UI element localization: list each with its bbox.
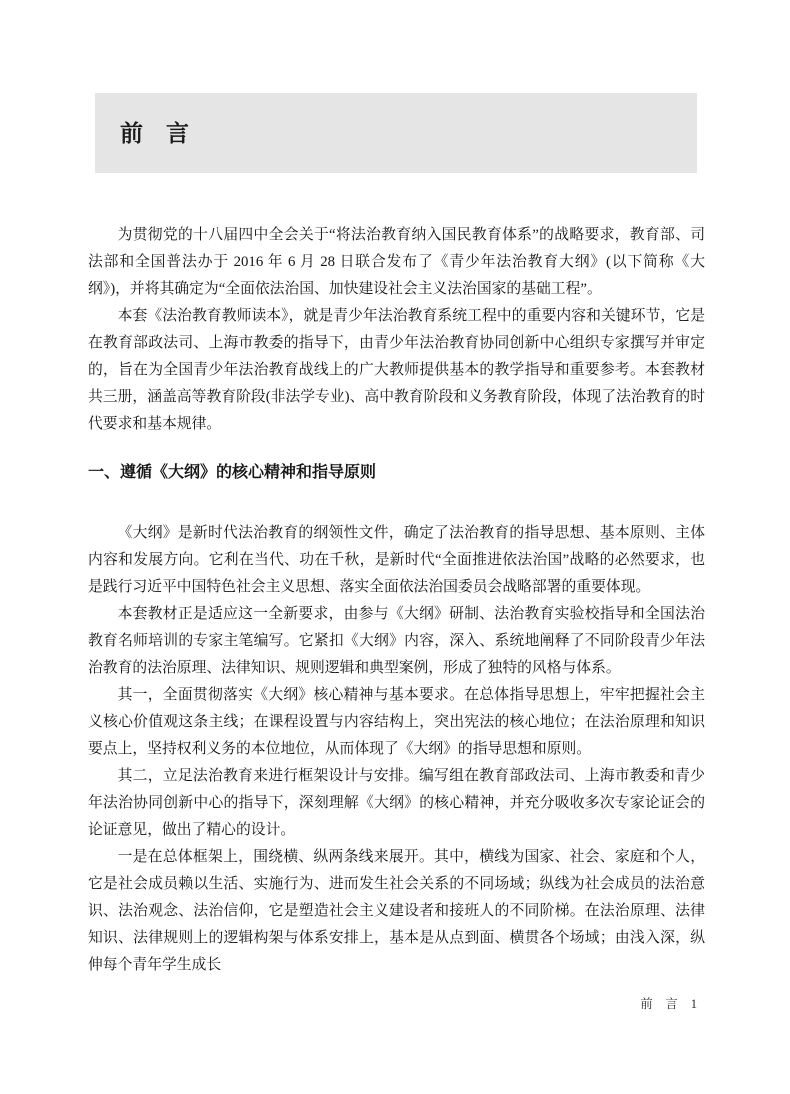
paragraph-section-4: 其二，立足法治教育来进行框架设计与安排。编写组在教育部政法司、上海市教委和青少年… — [88, 763, 705, 844]
paragraph-section-5: 一是在总体框架上，围绕横、纵两条线来展开。其中，横线为国家、社会、家庭和个人，它… — [88, 844, 705, 979]
page-number: 1 — [691, 997, 697, 1011]
section-heading: 一、遵循《大纲》的核心精神和指导原则 — [88, 462, 705, 483]
body-text: 为贯彻党的十八届四中全会关于“将法治教育纳入国民教育体系”的战略要求，教育部、司… — [88, 222, 705, 979]
paragraph-section-2: 本套教材正是适应这一全新要求，由参与《大纲》研制、法治教育实验校指导和全国法治教… — [88, 601, 705, 682]
footer-label: 前 言 — [640, 997, 678, 1011]
paragraph-section-1: 《大纲》是新时代法治教育的纲领性文件，确定了法治教育的指导思想、基本原则、主体内… — [88, 520, 705, 601]
page-title: 前 言 — [95, 93, 697, 147]
page-footer: 前 言1 — [88, 996, 697, 1013]
paragraph-section-3: 其一，全面贯彻落实《大纲》核心精神与基本要求。在总体指导思想上，牢牢把握社会主义… — [88, 682, 705, 763]
paragraph-intro-1: 为贯彻党的十八届四中全会关于“将法治教育纳入国民教育体系”的战略要求，教育部、司… — [88, 222, 705, 303]
paragraph-intro-2: 本套《法治教育教师读本》，就是青少年法治教育系统工程中的重要内容和关键环节，它是… — [88, 303, 705, 438]
document-page: 前 言 为贯彻党的十八届四中全会关于“将法治教育纳入国民教育体系”的战略要求，教… — [0, 0, 790, 1094]
preface-header: 前 言 — [95, 93, 697, 173]
